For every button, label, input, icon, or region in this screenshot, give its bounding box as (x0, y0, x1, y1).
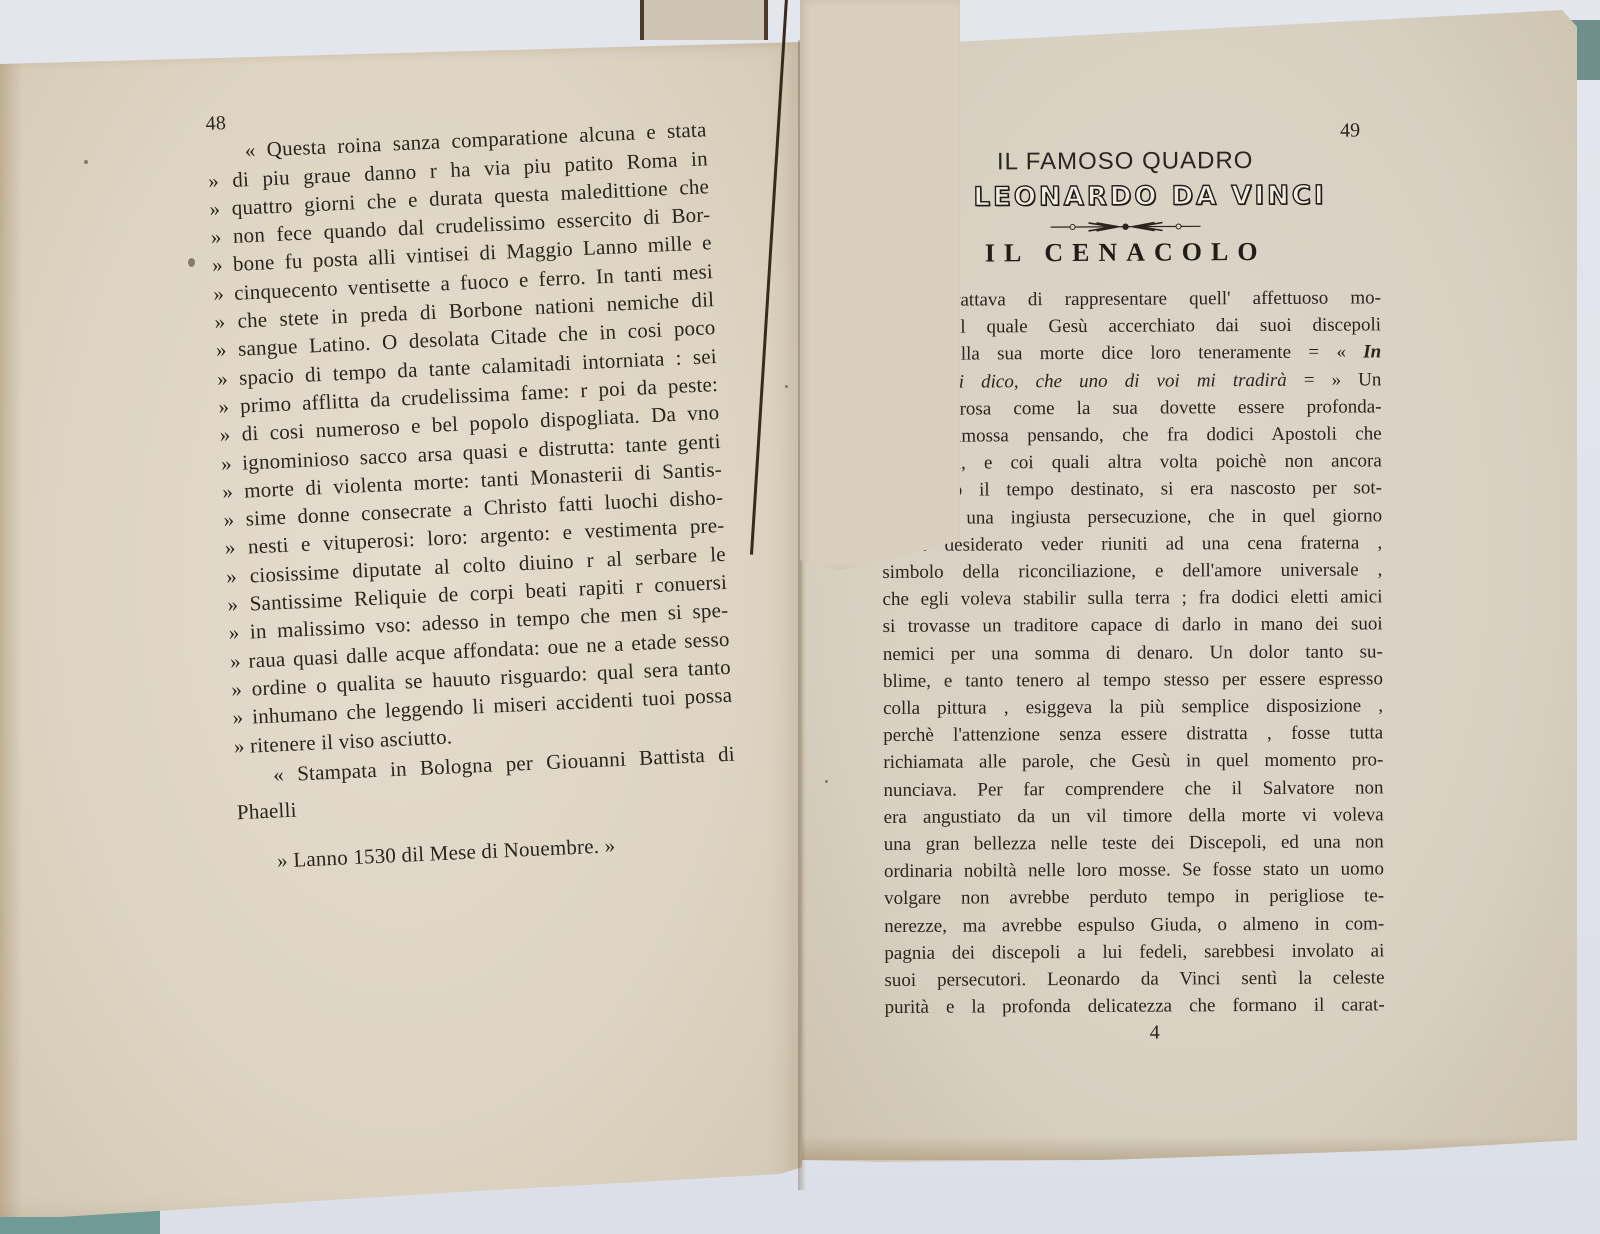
text-line: nemici per una somma di denaro. Un dolor… (883, 638, 1383, 668)
text-line: volgare non avrebbe perduto tempo in per… (884, 883, 1384, 913)
line-text: colla pittura , esiggeva la più semplice… (883, 695, 1383, 719)
left-page-text: 48 « Questa roina sanza comparatione alc… (205, 86, 759, 877)
text-line: pagnia dei discepoli a lui fedeli, sareb… (884, 937, 1384, 967)
line-text: nunciava. Per far comprendere che il Sal… (883, 777, 1383, 801)
ornament-icon (1051, 219, 1201, 234)
ink-speck (785, 385, 788, 388)
left-page-lines: « Questa roina sanza comparatione alcuna… (206, 115, 754, 760)
page-left-edge (0, 42, 22, 1217)
ink-speck (825, 780, 828, 783)
line-text: simbolo della riconciliazione, e dell'am… (882, 559, 1382, 583)
line-text: volgare non avrebbe perduto tempo in per… (884, 886, 1384, 910)
line-text: Si trattava di rappresentare quell' affe… (911, 287, 1381, 310)
text-line: era angustiato da un vil timore della mo… (884, 801, 1384, 831)
text-line: simbolo della riconciliazione, e dell'am… (882, 556, 1382, 586)
line-text: blime, e tanto tenero al tempo stesso pe… (883, 668, 1383, 692)
text-line: purità e la profonda delicatezza che for… (885, 992, 1385, 1022)
text-line: nerezze, ma avrebbe espulso Giuda, o alm… (884, 910, 1384, 940)
text-line: colla pittura , esiggeva la più semplice… (883, 692, 1383, 722)
signature-mark: 4 (885, 1022, 1175, 1047)
text-line: perchè l'attenzione senza essere distrat… (883, 720, 1383, 750)
line-text: = » Un (1287, 369, 1382, 390)
line-text: nemici per una somma di denaro. Un dolor… (883, 641, 1383, 665)
ink-speck (188, 258, 195, 267)
line-text: pagnia dei discepoli a lui fedeli, sareb… (884, 940, 1384, 964)
text-line: ordinaria nobiltà nelle loro mosse. Se f… (884, 856, 1384, 886)
line-text: perchè l'attenzione senza essere distrat… (883, 723, 1383, 747)
ink-speck (84, 160, 88, 164)
line-text: era angustiato da un vil timore della mo… (884, 804, 1384, 828)
italic-quote: In (1363, 342, 1381, 363)
line-text: suoi persecutori. Leonardo da Vinci sent… (884, 967, 1384, 991)
line-text: purità e la profonda delicatezza che for… (885, 995, 1385, 1019)
line-text: che egli voleva stabilir sulla terra ; f… (882, 587, 1382, 611)
text-line: richiamata alle parole, che Gesù in quel… (883, 747, 1383, 777)
text-line: che egli voleva stabilir sulla terra ; f… (882, 584, 1382, 614)
torn-paper-strip (800, 0, 960, 570)
paper-tab (640, 0, 768, 40)
text-line: una gran bellezza nelle teste dei Discep… (884, 828, 1384, 858)
line-text: nerezze, ma avrebbe espulso Giuda, o alm… (884, 913, 1384, 937)
line-text: ordinaria nobiltà nelle loro mosse. Se f… (884, 859, 1384, 883)
text-line: si trovasse un traditore capace di darlo… (883, 611, 1383, 641)
text-line: suoi persecutori. Leonardo da Vinci sent… (884, 964, 1384, 994)
line-text: si trovasse un traditore capace di darlo… (883, 614, 1383, 638)
text-line: nunciava. Per far comprendere che il Sal… (883, 774, 1383, 804)
line-text: una gran bellezza nelle teste dei Discep… (884, 831, 1384, 855)
line-text: richiamata alle parole, che Gesù in quel… (883, 750, 1383, 774)
text-line: blime, e tanto tenero al tempo stesso pe… (883, 665, 1383, 695)
